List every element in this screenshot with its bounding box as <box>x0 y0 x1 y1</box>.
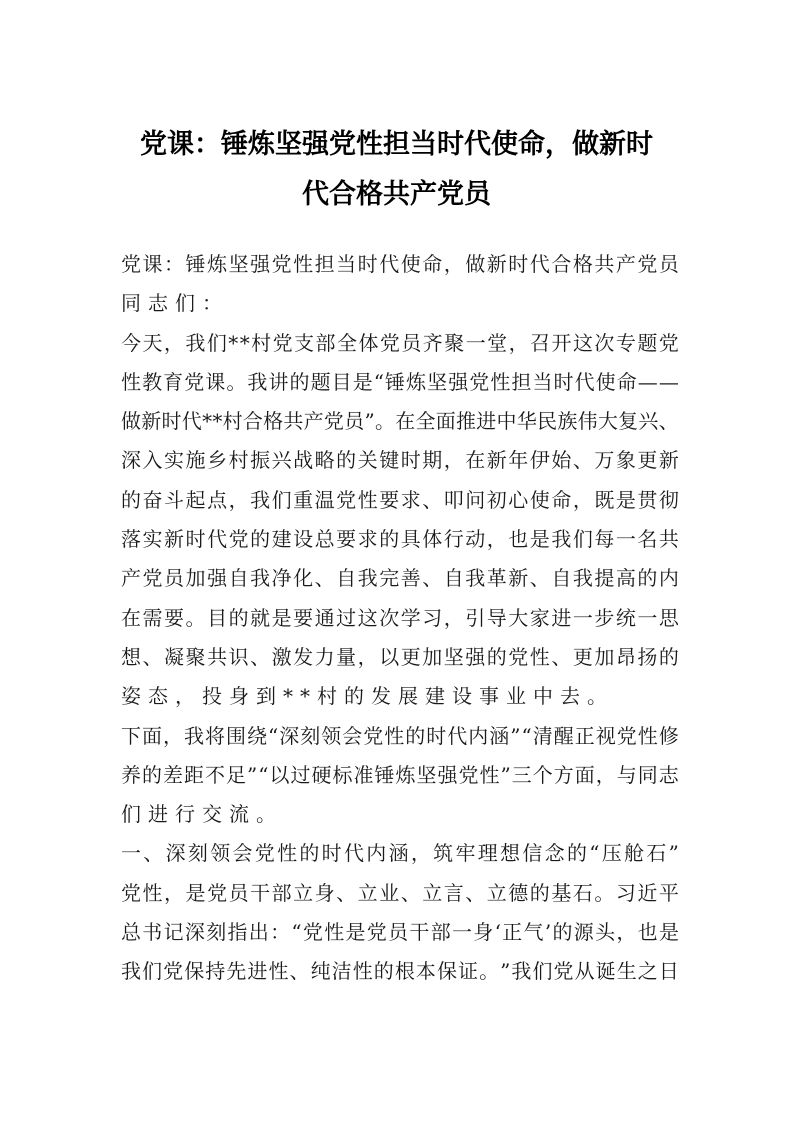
paragraph-line: 一、深刻领会党性的时代内涵，筑牢理想信念的“压舱石” <box>121 834 679 873</box>
paragraph-line: 今天，我们**村党支部全体党员齐聚一堂，召开这次专题党 <box>121 324 679 363</box>
paragraph-line: 在需要。目的就是要通过这次学习，引导大家进一步统一思 <box>121 599 679 638</box>
document-page: 党课：锤炼坚强党性担当时代使命，做新时 代合格共产党员 党课：锤炼坚强党性担当时… <box>0 0 793 1122</box>
paragraph-line: 养的差距不足”“以过硬标准锤炼坚强党性”三个方面，与同志 <box>121 756 679 795</box>
paragraph-line: 姿态，投身到**村的发展建设事业中去。 <box>121 677 679 716</box>
paragraph-line: 的奋斗起点，我们重温党性要求、叩问初心使命，既是贯彻 <box>121 481 679 520</box>
paragraph-line: 下面，我将围绕“深刻领会党性的时代内涵”“清醒正视党性修 <box>121 717 679 756</box>
paragraph-line: 党性，是党员干部立身、立业、立言、立德的基石。习近平 <box>121 874 679 913</box>
paragraph-line: 深入实施乡村振兴战略的关键时期，在新年伊始、万象更新 <box>121 441 679 480</box>
document-body: 党课：锤炼坚强党性担当时代使命，做新时代合格共产党员同志们：今天，我们**村党支… <box>121 245 679 992</box>
paragraph-line: 做新时代**村合格共产党员”。在全面推进中华民族伟大复兴、 <box>121 402 679 441</box>
paragraph-line: 落实新时代党的建设总要求的具体行动，也是我们每一名共 <box>121 520 679 559</box>
title-line-2: 代合格共产党员 <box>100 170 693 220</box>
paragraph-line: 产党员加强自我净化、自我完善、自我革新、自我提高的内 <box>121 559 679 598</box>
paragraph-line: 同志们： <box>121 284 679 323</box>
paragraph-line: 们进行交流。 <box>121 795 679 834</box>
paragraph-line: 性教育党课。我讲的题目是“锤炼坚强党性担当时代使命—— <box>121 363 679 402</box>
paragraph-line: 党课：锤炼坚强党性担当时代使命，做新时代合格共产党员 <box>121 245 679 284</box>
title-line-1: 党课：锤炼坚强党性担当时代使命，做新时 <box>100 120 693 170</box>
paragraph-line: 想、凝聚共识、激发力量，以更加坚强的党性、更加昂扬的 <box>121 638 679 677</box>
paragraph-line: 总书记深刻指出：“党性是党员干部一身‘正气’的源头，也是 <box>121 913 679 952</box>
paragraph-line: 我们党保持先进性、纯洁性的根本保证。”我们党从诞生之日 <box>121 952 679 991</box>
